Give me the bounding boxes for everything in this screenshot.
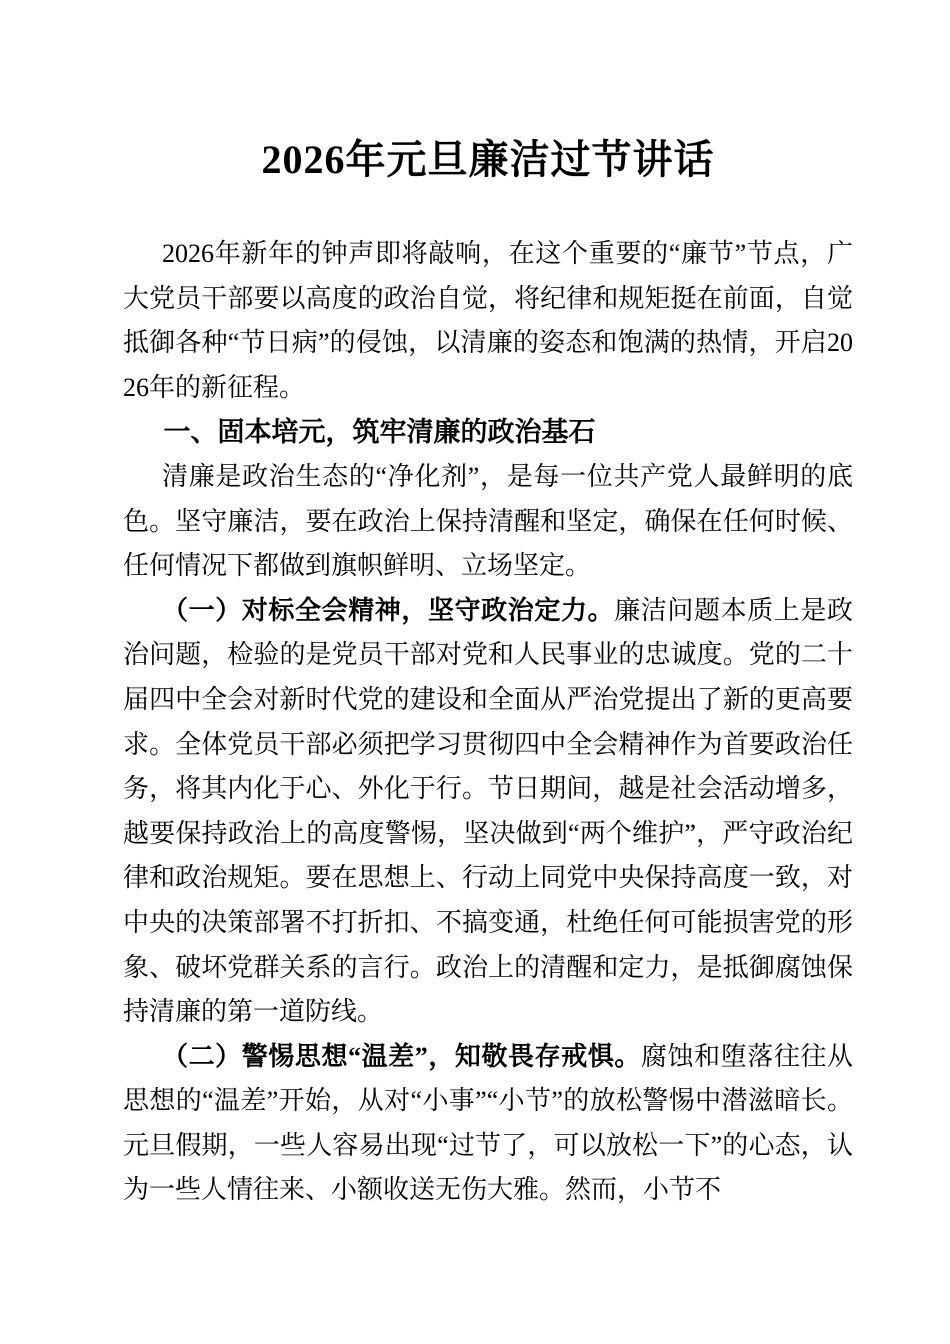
paragraph: 清廉是政治生态的“净化剂”，是每一位共产党人最鲜明的底色。坚守廉洁，要在政治上保… — [123, 455, 853, 589]
document-content: 2026年元旦廉洁过节讲话 2026年新年的钟声即将敲响，在这个重要的“廉节”节… — [123, 0, 853, 1344]
paragraph-text: 廉洁问题本质上是政治问题，检验的是党员干部对党和人民事业的忠诚度。党的二十届四中… — [123, 596, 853, 1026]
document-page: 2026年元旦廉洁过节讲话 2026年新年的钟声即将敲响，在这个重要的“廉节”节… — [0, 0, 950, 1344]
paragraph-text: 2026年新年的钟声即将敲响，在这个重要的“廉节”节点，广大党员干部要以高度的政… — [123, 239, 853, 402]
paragraph: （一）对标全会精神，坚守政治定力。廉洁问题本质上是政治问题，检验的是党员干部对党… — [123, 589, 853, 1035]
section-heading: 一、固本培元，筑牢清廉的政治基石 — [123, 410, 853, 455]
paragraph: （二）警惕思想“温差”，知敬畏存戒惧。腐蚀和堕落往往从思想的“温差”开始，从对“… — [123, 1035, 853, 1213]
document-title: 2026年元旦廉洁过节讲话 — [123, 135, 853, 185]
heading-text: 一、固本培元，筑牢清廉的政治基石 — [164, 417, 596, 447]
paragraph-lead: （一）对标全会精神，坚守政治定力。 — [162, 596, 614, 625]
paragraph: 2026年新年的钟声即将敲响，在这个重要的“廉节”节点，广大党员干部要以高度的政… — [123, 232, 853, 410]
paragraph-text: 清廉是政治生态的“净化剂”，是每一位共产党人最鲜明的底色。坚守廉洁，要在政治上保… — [123, 462, 853, 580]
paragraph-lead: （二）警惕思想“温差”，知敬畏存戒惧。 — [162, 1042, 641, 1071]
document-body: 2026年新年的钟声即将敲响，在这个重要的“廉节”节点，广大党员干部要以高度的政… — [123, 232, 853, 1213]
